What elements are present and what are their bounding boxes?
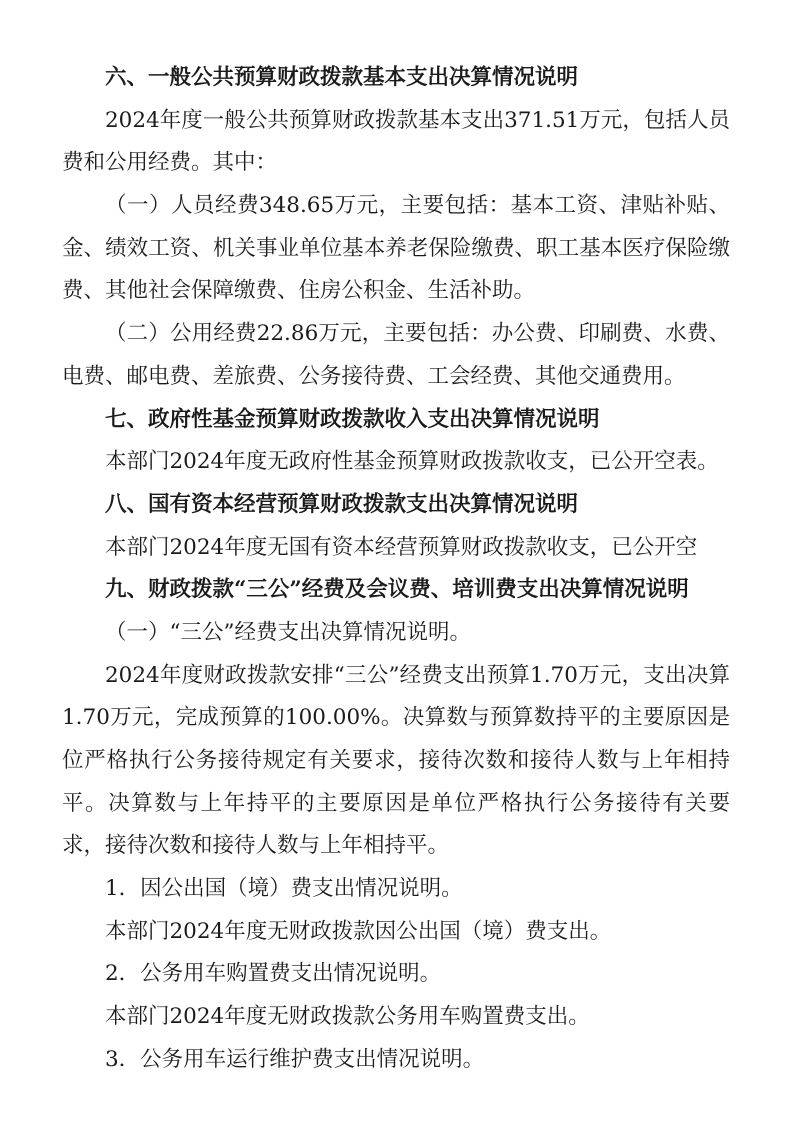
- para-sangong-detail-line-2: 1.70万元，完成预算的100.00%。决算数与预算数持平的主要原因是单: [62, 697, 730, 740]
- heading-section-seven: 七、政府性基金预算财政拨款收入支出决算情况说明: [62, 399, 730, 442]
- para-sangong-intro: （一）“三公”经费支出决算情况说明。: [62, 612, 730, 655]
- item-vehicle-maintenance-heading: 3．公务用车运行维护费支出情况说明。: [62, 1039, 730, 1082]
- document-page: 六、一般公共预算财政拨款基本支出决算情况说明 2024年度一般公共预算财政拨款基…: [0, 0, 793, 1122]
- para-personnel-expense-line-1: （一）人员经费348.65万元，主要包括：基本工资、津贴补贴、奖: [62, 185, 730, 228]
- para-sangong-detail-line-5: 求，接待次数和接待人数与上年相持平。: [62, 825, 730, 868]
- item-abroad-fee-heading: 1．因公出国（境）费支出情况说明。: [62, 868, 730, 911]
- heading-section-nine: 九、财政拨款“三公”经费及会议费、培训费支出决算情况说明: [62, 569, 730, 612]
- para-personnel-expense-line-2: 金、绩效工资、机关事业单位基本养老保险缴费、职工基本医疗保险缴: [62, 228, 730, 271]
- para-sangong-detail-line-4: 平。决算数与上年持平的主要原因是单位严格执行公务接待有关要: [62, 783, 730, 826]
- para-abroad-fee-statement: 本部门2024年度无财政拨款因公出国（境）费支出。: [62, 911, 730, 954]
- para-statecapital-statement: 本部门2024年度无国有资本经营预算财政拨款收支，已公开空表。: [62, 527, 730, 570]
- para-personnel-expense-line-3: 费、其他社会保障缴费、住房公积金、生活补助。: [62, 270, 730, 313]
- item-vehicle-purchase-heading: 2．公务用车购置费支出情况说明。: [62, 953, 730, 996]
- para-basic-expenditure-line-2: 费和公用经费。其中：: [62, 142, 730, 185]
- para-sangong-detail-line-3: 位严格执行公务接待规定有关要求，接待次数和接待人数与上年相持: [62, 740, 730, 783]
- para-public-expense-line-1: （二）公用经费22.86万元，主要包括：办公费、印刷费、水费、: [62, 313, 730, 356]
- para-vehicle-purchase-statement: 本部门2024年度无财政拨款公务用车购置费支出。: [62, 996, 730, 1039]
- para-public-expense-line-2: 电费、邮电费、差旅费、公务接待费、工会经费、其他交通费用。: [62, 356, 730, 399]
- heading-section-six: 六、一般公共预算财政拨款基本支出决算情况说明: [62, 57, 730, 100]
- para-sangong-detail-line-1: 2024年度财政拨款安排“三公”经费支出预算1.70万元，支出决算: [62, 655, 730, 698]
- heading-section-eight: 八、国有资本经营预算财政拨款支出决算情况说明: [62, 484, 730, 527]
- para-govfund-statement: 本部门2024年度无政府性基金预算财政拨款收支，已公开空表。: [62, 441, 730, 484]
- para-basic-expenditure-line-1: 2024年度一般公共预算财政拨款基本支出371.51万元，包括人员经: [62, 100, 730, 143]
